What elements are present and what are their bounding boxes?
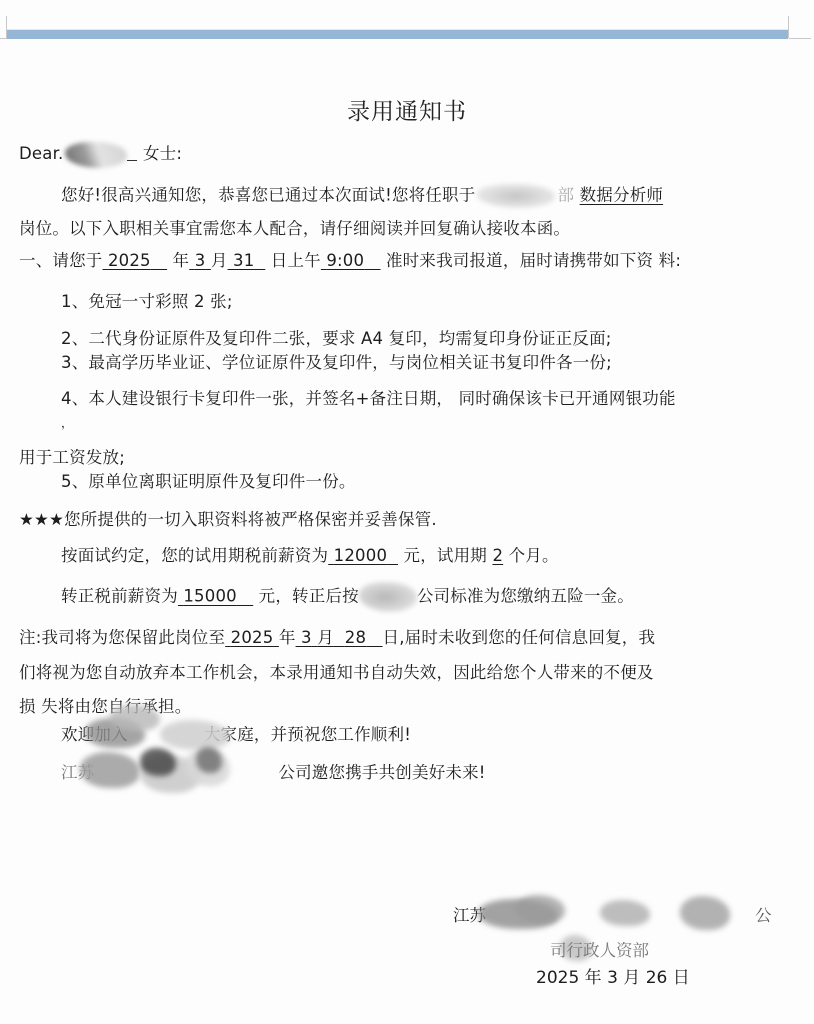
report-date-line: 一、请您于 2025 年 3 月 31 日上午 9:00 准时来我司报道，届时请… <box>19 250 681 272</box>
regular-salary: 15000 <box>178 587 253 606</box>
note-line-3: 损 失将由您自行承担。 <box>19 696 191 718</box>
material-item-5: 5、原单位离职证明原件及复印件一份。 <box>61 471 356 493</box>
note-lead: 注:我司将为您保留此岗位至 <box>19 628 225 647</box>
report-time: 9:00 <box>321 251 381 270</box>
salutation-prefix: Dear. <box>19 144 63 163</box>
redaction-smudge <box>515 895 565 923</box>
welcome-tail: 大家庭，并预祝您工作顺利! <box>204 725 411 744</box>
report-day: 31 <box>228 251 266 270</box>
intro-text: 您好!很高兴通知您，恭喜您已通过本次面试!您将任职于 <box>61 186 475 205</box>
report-tail: 准时来我司报道，届时请携带如下资 料: <box>386 251 681 270</box>
probation-salary-line: 按面试约定，您的试用期税前薪资为 12000 元，试用期 2 个月。 <box>61 545 559 567</box>
name-blank <box>127 143 137 161</box>
salutation-suffix: 女士: <box>143 144 182 163</box>
material-item-4-comma: ， <box>61 412 73 434</box>
confidentiality-note: ★★★您所提供的一切入职资料将被严格保密并妥善保管. <box>19 509 437 531</box>
crop-mark-right-horizontal <box>789 38 811 39</box>
salutation: Dear. 女士: <box>19 141 182 168</box>
note-line-1: 注:我司将为您保留此岗位至 2025 年 3 月 28 日,届时未收到您的任何信… <box>19 627 655 649</box>
day-unit: 日上午 <box>271 251 321 270</box>
probation-lead: 按面试约定，您的试用期税前薪资为 <box>61 546 328 565</box>
regular-mid: 元，转正后按 <box>259 587 359 606</box>
material-item-3: 3、最高学历毕业证、学位证原件及复印件，与岗位相关证书复印件各一份; <box>61 352 612 374</box>
probation-months: 2 <box>492 546 503 565</box>
note-year: 2025 <box>225 628 279 647</box>
crop-mark-left-horizontal <box>0 38 7 39</box>
redaction-smudge <box>160 720 230 750</box>
regular-salary-line: 转正税前薪资为 15000 元，转正后按公司标准为您缴纳五险一金。 <box>61 582 634 612</box>
material-item-4-continued: 用于工资发放; <box>19 447 125 469</box>
redaction-smudge <box>80 752 140 788</box>
year-unit: 年 <box>173 251 190 270</box>
note-year-unit: 年 <box>279 628 296 647</box>
redaction-smudge <box>110 705 160 731</box>
report-month: 3 <box>189 251 211 270</box>
intro-line-2: 岗位。以下入职相关事宜需您本人配合，请仔细阅读并回复确认接收本函。 <box>19 218 570 240</box>
redaction-smudge <box>140 748 176 776</box>
redacted-department <box>477 184 555 208</box>
document-title: 录用通知书 <box>0 98 814 126</box>
document-page: 录用通知书 Dear. 女士: 您好!很高兴通知您，恭喜您已通过本次面试!您将任… <box>0 0 814 1024</box>
department-suffix: 部 <box>557 186 574 205</box>
probation-unit: 元，试用期 <box>404 546 488 565</box>
header-band <box>7 29 788 39</box>
note-tail: 日,届时未收到您的任何信息回复，我 <box>383 628 656 647</box>
position-name: 数据分析师 <box>580 186 664 205</box>
redaction-smudge <box>600 900 650 926</box>
signature-date: 2025 年 3 月 26 日 <box>536 967 690 989</box>
regular-tail: 公司标准为您缴纳五险一金。 <box>417 587 634 606</box>
regular-lead: 转正税前薪资为 <box>61 587 178 606</box>
redacted-company <box>359 582 417 612</box>
invite-tail: 公司邀您携手共创美好未来! <box>278 763 485 782</box>
redacted-name <box>65 142 127 168</box>
month-unit: 月 <box>211 251 228 270</box>
redaction-smudge <box>196 747 222 773</box>
redaction-smudge <box>680 896 730 930</box>
material-item-2: 2、二代身份证原件及复印件二张，要求 A4 复印，均需复印身份证正反面; <box>61 328 612 350</box>
intro-line-1: 您好!很高兴通知您，恭喜您已通过本次面试!您将任职于部 数据分析师 <box>61 184 663 208</box>
crop-mark-right <box>788 16 789 38</box>
report-lead: 一、请您于 <box>19 251 103 270</box>
signature-company-tail: 公 <box>755 905 772 927</box>
note-line-2: 们将视为您自动放弃本工作机会，本录用通知书自动失效，因此给您个人带来的不便及 <box>19 662 654 684</box>
note-month-day: 3 月 28 <box>296 628 383 647</box>
material-item-4: 4、本人建设银行卡复印件一张，并签名+备注日期， 同时确保该卡已开通网银功能 <box>61 388 676 410</box>
probation-salary: 12000 <box>328 546 398 565</box>
material-item-1: 1、免冠一寸彩照 2 张; <box>61 291 233 313</box>
report-year: 2025 <box>103 251 168 270</box>
probation-tail: 个月。 <box>509 546 559 565</box>
signature-department: 司行政人资部 <box>550 940 649 962</box>
